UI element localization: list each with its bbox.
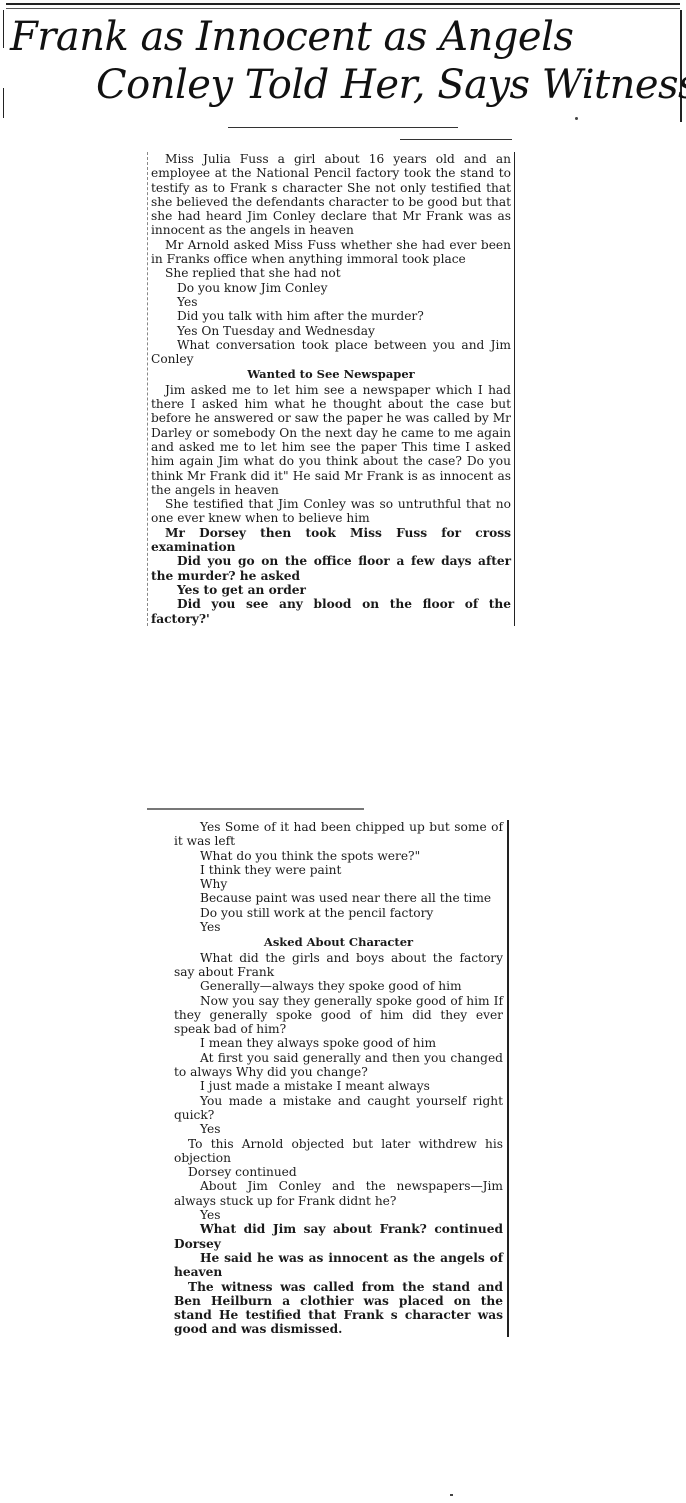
testimony-line: Yes <box>174 1208 503 1222</box>
testimony-line: About Jim Conley and the newspapers—Jim … <box>174 1179 503 1208</box>
testimony-line: Did you talk with him after the murder? <box>151 309 511 323</box>
testimony-line: Yes Some of it had been chipped up but s… <box>174 820 503 849</box>
testimony-line: At first you said generally and then you… <box>174 1051 503 1080</box>
testimony-line: Do you know Jim Conley <box>151 281 511 295</box>
testimony-line: He said he was as innocent as the angels… <box>174 1251 503 1280</box>
testimony-line: Do you still work at the pencil factory <box>174 906 503 920</box>
testimony-line: Did you see any blood on the floor of th… <box>151 597 511 626</box>
section-subhead: Wanted to See Newspaper <box>151 367 511 381</box>
top-rule <box>6 3 680 5</box>
headline-line-2: Conley Told Her, Says Witness <box>96 62 686 108</box>
article-paragraph: To this Arnold objected but later withdr… <box>174 1137 503 1166</box>
testimony-line: I mean they always spoke good of him <box>174 1036 503 1050</box>
article-paragraph: The witness was called from the stand an… <box>174 1280 503 1337</box>
headline-border-left <box>3 10 4 48</box>
headline-line-1: Frank as Innocent as Angels <box>10 14 686 60</box>
article-paragraph: She replied that she had not <box>151 266 511 280</box>
testimony-line: Yes <box>174 1122 503 1136</box>
testimony-line: Yes <box>151 295 511 309</box>
column-break-rule <box>147 808 364 810</box>
testimony-line: Generally—always they spoke good of him <box>174 979 503 993</box>
testimony-line: What do you think the spots were?" <box>174 849 503 863</box>
testimony-line: I think they were paint <box>174 863 503 877</box>
article-column-2: Yes Some of it had been chipped up but s… <box>172 820 509 1337</box>
headline-border-left-lower <box>3 88 4 118</box>
testimony-line: Yes On Tuesday and Wednesday <box>151 324 511 338</box>
testimony-line: Did you go on the office floor a few day… <box>151 554 511 583</box>
article-paragraph: Mr Dorsey then took Miss Fuss for cross … <box>151 526 511 555</box>
headline-divider <box>228 127 458 128</box>
article-paragraph: Mr Arnold asked Miss Fuss whether she ha… <box>151 238 511 267</box>
testimony-line: Now you say they generally spoke good of… <box>174 994 503 1037</box>
testimony-line: Because paint was used near there all th… <box>174 891 503 905</box>
top-rule-secondary <box>6 8 680 9</box>
testimony-line: Yes <box>174 920 503 934</box>
end-mark <box>450 1494 453 1496</box>
testimony-line: Yes to get an order <box>151 583 511 597</box>
article-paragraph: Dorsey continued <box>174 1165 503 1179</box>
headline-divider-short <box>400 139 512 140</box>
print-speck <box>575 117 578 120</box>
testimony-line: What conversation took place between you… <box>151 338 511 367</box>
section-subhead: Asked About Character <box>174 935 503 949</box>
testimony-line: What did the girls and boys about the fa… <box>174 951 503 980</box>
article-paragraph: Jim asked me to let him see a newspaper … <box>151 383 511 497</box>
testimony-line: Why <box>174 877 503 891</box>
article-column-1: Miss Julia Fuss a girl about 16 years ol… <box>147 152 515 626</box>
article-paragraph: Miss Julia Fuss a girl about 16 years ol… <box>151 152 511 238</box>
testimony-line: I just made a mistake I meant always <box>174 1079 503 1093</box>
testimony-line: You made a mistake and caught yourself r… <box>174 1094 503 1123</box>
article-paragraph: She testified that Jim Conley was so unt… <box>151 497 511 526</box>
testimony-line: What did Jim say about Frank? continued … <box>174 1222 503 1251</box>
